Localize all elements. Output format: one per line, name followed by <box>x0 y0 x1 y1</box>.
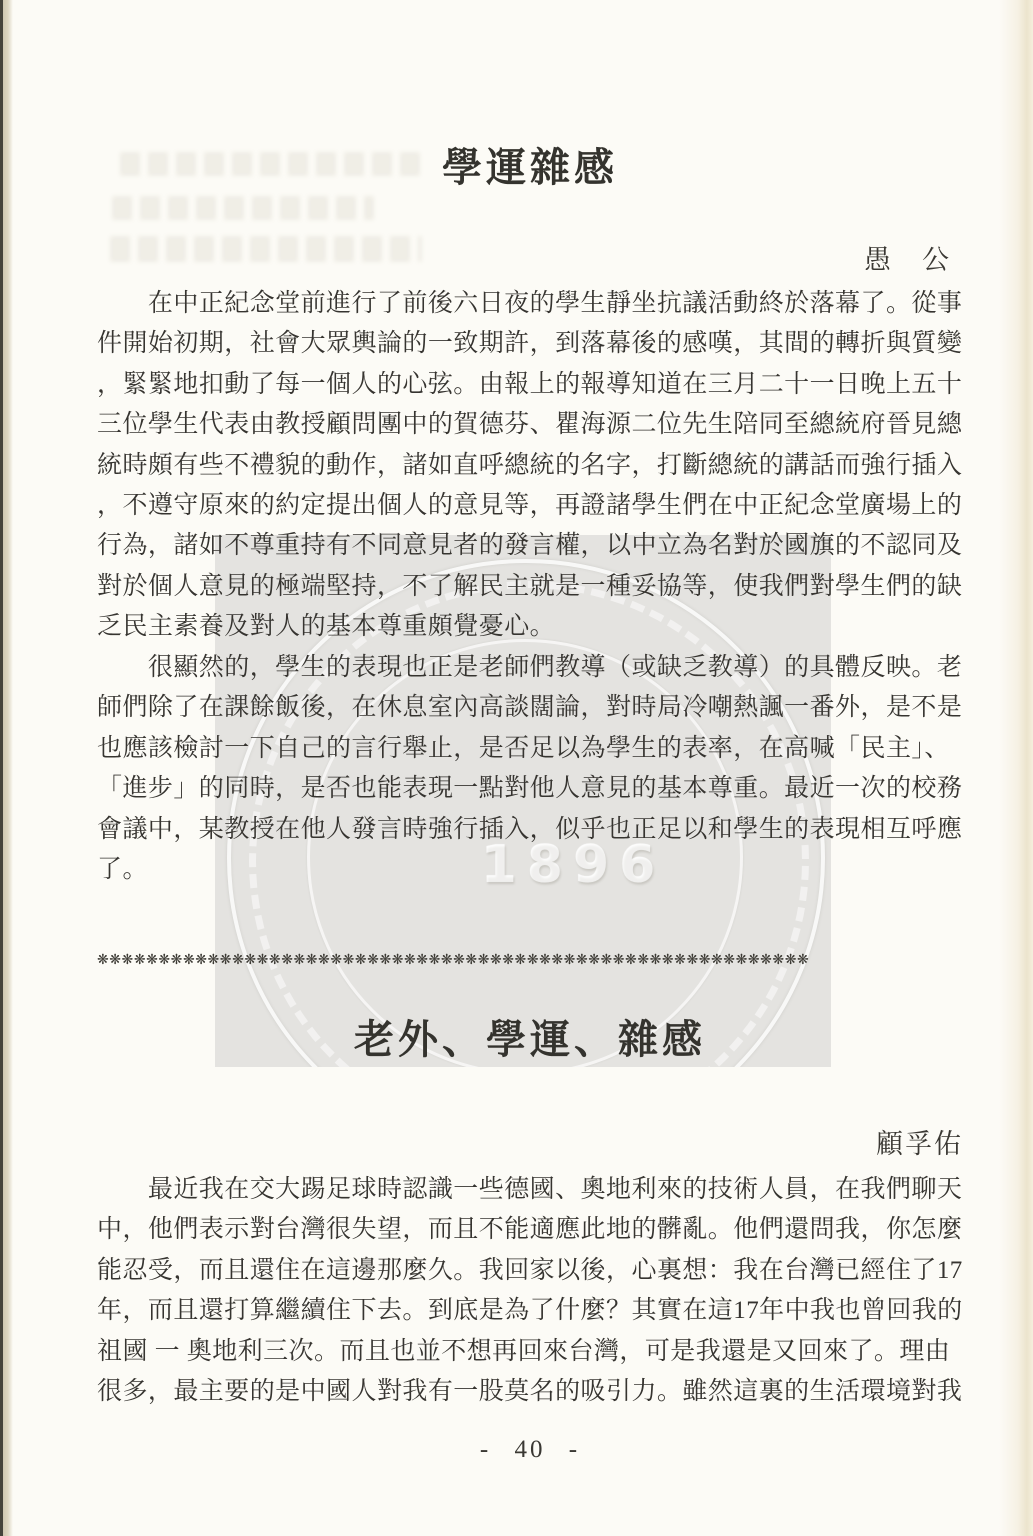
text-line: 最近我在交大踢足球時認識一些德國、奧地利來的技術人員，在我們聊天 <box>97 1170 965 1210</box>
text-line: 了。 <box>97 850 965 890</box>
article1-author: 愚 公 <box>97 238 963 277</box>
text-line: 師們除了在課餘飯後，在休息室內高談闊論，對時局冷嘲熱諷一番外，是不是 <box>97 688 965 728</box>
text-line: ，不遵守原來的約定提出個人的意見等，再證諸學生們在中正紀念堂廣場上的 <box>97 486 965 526</box>
text-line: 能忍受，而且還住在這邊那麼久。我回家以後，心裏想：我在台灣已經住了17 <box>97 1251 965 1291</box>
text-line: 會議中，某教授在他人發言時強行插入，似乎也正足以和學生的表現相互呼應 <box>97 810 965 850</box>
text-line: 統時頗有些不禮貌的動作，諸如直呼總統的名字，打斷總統的講話而強行插入 <box>97 446 965 486</box>
text-line: 乏民主素養及對人的基本尊重頗覺憂心。 <box>97 607 965 647</box>
text-line: 很顯然的，學生的表現也正是老師們教導（或缺乏教導）的具體反映。老 <box>97 648 965 688</box>
text-line: 祖國 一 奧地利三次。而且也並不想再回來台灣，可是我還是又回來了。理由 <box>97 1332 965 1372</box>
article1-paragraph2: 很顯然的，學生的表現也正是老師們教導（或缺乏教導）的具體反映。老 師們除了在課餘… <box>97 648 965 890</box>
text-line: 對於個人意見的極端堅持，不了解民主就是一種妥協等，使我們對學生們的缺 <box>97 567 965 607</box>
article1-title: 學運雜感 <box>97 136 963 193</box>
asterisk-divider: ❋❋❋❋❋❋❋❋❋❋❋❋❋❋❋❋❋❋❋❋❋❋❋❋❋❋❋❋❋❋❋❋❋❋❋❋❋❋❋❋… <box>97 948 965 974</box>
page-left-binding-edge <box>0 0 13 1536</box>
text-line: 「進步」的同時，是否也能表現一點對他人意見的基本尊重。最近一次的校務 <box>97 769 965 809</box>
bleed-through-text <box>112 196 374 220</box>
article1-paragraph1: 在中正紀念堂前進行了前後六日夜的學生靜坐抗議活動終於落幕了。從事 件開始初期，社… <box>97 284 965 648</box>
article2-paragraph1: 最近我在交大踢足球時認識一些德國、奧地利來的技術人員，在我們聊天 中，他們表示對… <box>97 1170 965 1412</box>
scanned-document-page: 1896 學運雜感 愚 公 在中正紀念堂前進行了前後六日夜的學生靜坐抗議活動終於… <box>0 0 1033 1536</box>
page-right-edge-shadow <box>999 0 1033 1536</box>
article2-title: 老外、學運、雜感 <box>97 1008 963 1065</box>
article2-author: 顧孚佑 <box>97 1122 963 1161</box>
text-line: 年，而且還打算繼續住下去。到底是為了什麼？其實在這17年中我也曾回我的 <box>97 1291 965 1331</box>
text-line: 在中正紀念堂前進行了前後六日夜的學生靜坐抗議活動終於落幕了。從事 <box>97 284 965 324</box>
text-line: 三位學生代表由教授顧問團中的賀德芬、瞿海源二位先生陪同至總統府晉見總 <box>97 405 965 445</box>
text-line: 行為，諸如不尊重持有不同意見者的發言權，以中立為名對於國旗的不認同及 <box>97 526 965 566</box>
text-line: 也應該檢討一下自己的言行舉止，是否足以為學生的表率，在高喊「民主」、 <box>97 729 965 769</box>
text-line: 件開始初期，社會大眾輿論的一致期許，到落幕後的感嘆，其間的轉折與質變 <box>97 324 965 364</box>
text-line: 很多，最主要的是中國人對我有一股莫名的吸引力。雖然這裏的生活環境對我 <box>97 1372 965 1412</box>
text-line: ，緊緊地扣動了每一個人的心弦。由報上的報導知道在三月二十一日晚上五十 <box>97 365 965 405</box>
page-number: - 40 - <box>97 1436 963 1464</box>
text-line: 中，他們表示對台灣很失望，而且不能適應此地的髒亂。他們還問我，你怎麼 <box>97 1210 965 1250</box>
